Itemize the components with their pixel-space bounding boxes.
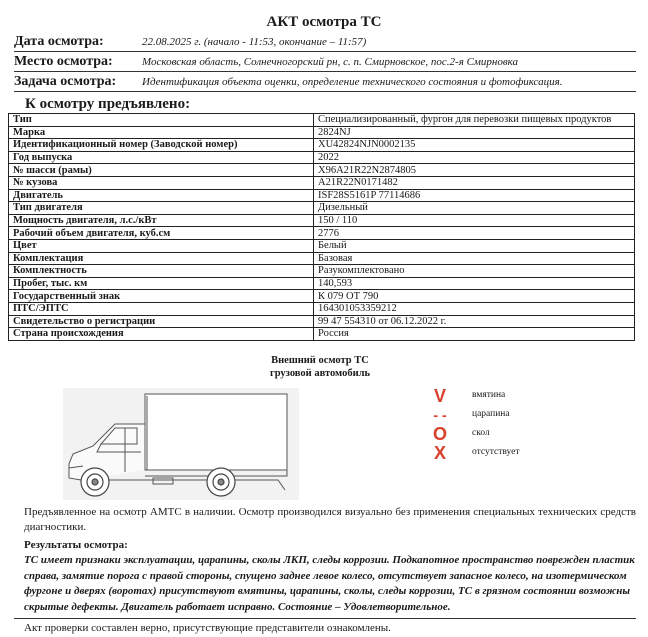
spec-value: Россия xyxy=(314,328,635,341)
missing-mark-icon: X xyxy=(430,444,450,462)
spec-key: Комплектность xyxy=(9,265,314,278)
spec-value: XU42824NJN0002135 xyxy=(314,139,635,152)
spec-value: Белый xyxy=(314,239,635,252)
table-row: Мощность двигателя, л.с./кВт150 / 110 xyxy=(9,214,635,227)
spec-value: ISF28S5161P 77114686 xyxy=(314,189,635,202)
legend-label: царапина xyxy=(472,409,510,419)
dent-mark-icon: V xyxy=(430,387,450,405)
spec-key: Марка xyxy=(9,126,314,139)
spec-value: 2824NJ xyxy=(314,126,635,139)
spec-key: Тип xyxy=(9,114,314,127)
divider xyxy=(14,618,636,619)
table-row: ТипСпециализированный, фургон для перево… xyxy=(9,114,635,127)
table-row: Год выпуска2022 xyxy=(9,151,635,164)
spec-value: 2022 xyxy=(314,151,635,164)
meta-label-task: Задача осмотра: xyxy=(14,73,116,90)
truck-side-view-icon xyxy=(63,388,299,500)
spec-value: Разукомплектовано xyxy=(314,265,635,278)
meta-row-date: Дата осмотра: 22.08.2025 г. (начало - 11… xyxy=(14,33,636,52)
availability-note: Предъявленное на осмотр АМТС в наличии. … xyxy=(24,505,636,535)
chip-mark-icon: O xyxy=(430,425,450,443)
results-text: ТС имеет признаки эксплуатации, царапины… xyxy=(24,553,636,615)
table-row: Страна происхожденияРоссия xyxy=(9,328,635,341)
meta-row-task: Задача осмотра: Идентификация объекта оц… xyxy=(14,73,636,92)
presented-heading: К осмотру предъявлено: xyxy=(25,96,190,113)
table-row: Свидетельство о регистрации99 47 554310 … xyxy=(9,315,635,328)
meta-value-task: Идентификация объекта оценки, определени… xyxy=(142,74,562,90)
spec-key: Свидетельство о регистрации xyxy=(9,315,314,328)
table-row: ПТС/ЭПТС164301053359212 xyxy=(9,302,635,315)
spec-key: Год выпуска xyxy=(9,151,314,164)
meta-value-place: Московская область, Солнечногорский рн, … xyxy=(142,54,518,70)
spec-value: X96A21R22N2874805 xyxy=(314,164,635,177)
spec-value: A21R22N0171482 xyxy=(314,176,635,189)
table-row: Тип двигателяДизельный xyxy=(9,202,635,215)
table-row: Государственный знакК 079 ОТ 790 xyxy=(9,290,635,303)
external-subtitle: грузовой автомобиль xyxy=(220,367,420,380)
table-row: КомплектацияБазовая xyxy=(9,252,635,265)
spec-key: Мощность двигателя, л.с./кВт xyxy=(9,214,314,227)
legend-label: вмятина xyxy=(472,390,505,400)
spec-key: № кузова xyxy=(9,176,314,189)
table-row: Марка2824NJ xyxy=(9,126,635,139)
external-title: Внешний осмотр ТС xyxy=(220,354,420,367)
spec-key: Рабочий объем двигателя, куб.см xyxy=(9,227,314,240)
spec-value: 2776 xyxy=(314,227,635,240)
vehicle-spec-table: ТипСпециализированный, фургон для перево… xyxy=(8,113,635,341)
external-inspection-title: Внешний осмотр ТС грузовой автомобиль xyxy=(220,354,420,380)
footer-note: Акт проверки составлен верно, присутству… xyxy=(24,622,391,634)
spec-key: Комплектация xyxy=(9,252,314,265)
spec-value: 99 47 554310 от 06.12.2022 г. xyxy=(314,315,635,328)
meta-label-date: Дата осмотра: xyxy=(14,33,104,50)
table-row: Идентификационный номер (Заводской номер… xyxy=(9,139,635,152)
table-row: КомплектностьРазукомплектовано xyxy=(9,265,635,278)
spec-key: Идентификационный номер (Заводской номер… xyxy=(9,139,314,152)
legend-label: отсутствует xyxy=(472,447,520,457)
spec-key: Двигатель xyxy=(9,189,314,202)
table-row: № кузоваA21R22N0171482 xyxy=(9,176,635,189)
spec-key: ПТС/ЭПТС xyxy=(9,302,314,315)
spec-key: Цвет xyxy=(9,239,314,252)
spec-value: Специализированный, фургон для перевозки… xyxy=(314,114,635,127)
legend-label: скол xyxy=(472,428,490,438)
scratch-mark-icon: - - xyxy=(430,406,450,424)
spec-value: 150 / 110 xyxy=(314,214,635,227)
results-label: Результаты осмотра: xyxy=(24,539,128,551)
table-row: Рабочий объем двигателя, куб.см2776 xyxy=(9,227,635,240)
spec-key: Государственный знак xyxy=(9,290,314,303)
spec-key: Пробег, тыс. км xyxy=(9,277,314,290)
spec-value: Базовая xyxy=(314,252,635,265)
table-row: ЦветБелый xyxy=(9,239,635,252)
table-row: Пробег, тыс. км140,593 xyxy=(9,277,635,290)
meta-label-place: Место осмотра: xyxy=(14,53,113,70)
spec-key: Страна происхождения xyxy=(9,328,314,341)
meta-row-place: Место осмотра: Московская область, Солне… xyxy=(14,53,636,72)
document-title: АКТ осмотра ТС xyxy=(0,14,648,31)
spec-value: 140,593 xyxy=(314,277,635,290)
meta-value-date: 22.08.2025 г. (начало - 11:53, окончание… xyxy=(142,34,366,50)
spec-value: Дизельный xyxy=(314,202,635,215)
table-row: ДвигательISF28S5161P 77114686 xyxy=(9,189,635,202)
table-row: № шасси (рамы)X96A21R22N2874805 xyxy=(9,164,635,177)
spec-value: К 079 ОТ 790 xyxy=(314,290,635,303)
spec-key: № шасси (рамы) xyxy=(9,164,314,177)
spec-value: 164301053359212 xyxy=(314,302,635,315)
spec-key: Тип двигателя xyxy=(9,202,314,215)
